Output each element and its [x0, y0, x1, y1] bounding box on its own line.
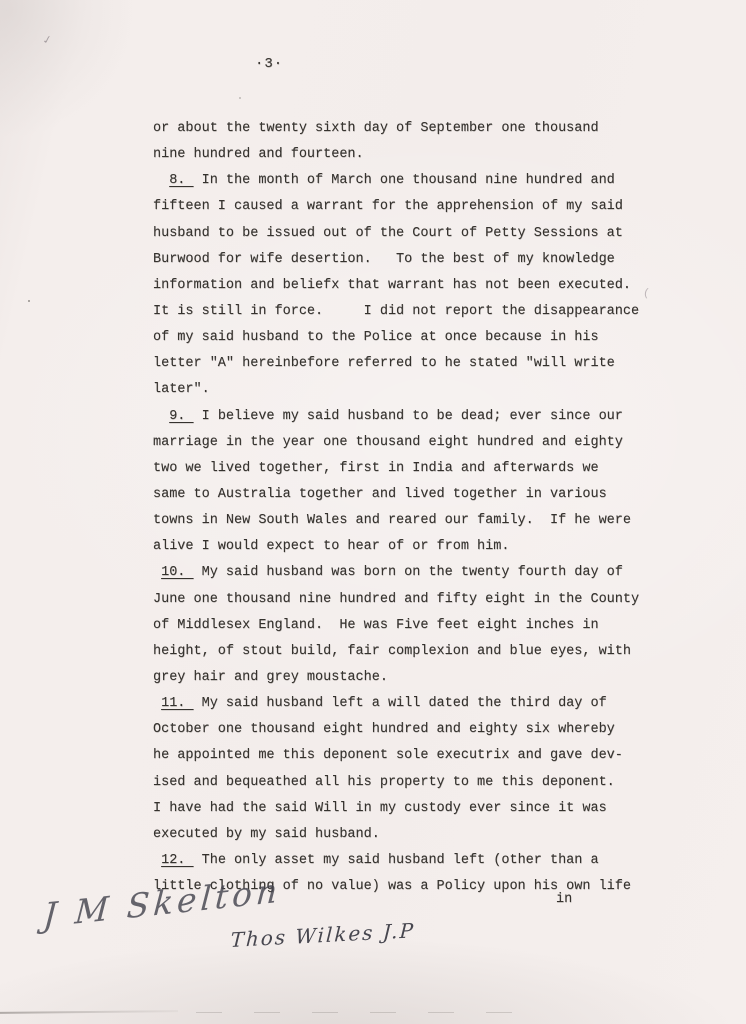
typed-line: June one thousand nine hundred and fifty…: [153, 587, 693, 613]
pencil-check-mark: ✓: [41, 32, 54, 48]
paragraph: 10. My said husband was born on the twen…: [153, 560, 693, 691]
paragraph-number: 8.: [169, 173, 193, 188]
typed-line: October one thousand eight hundred and e…: [153, 717, 693, 743]
ink-speck: [239, 97, 241, 99]
typed-line: grey hair and grey moustache.: [153, 665, 693, 691]
paragraph: or about the twenty sixth day of Septemb…: [153, 116, 693, 168]
page-number: ·3·: [255, 56, 283, 72]
paragraph: 8. In the month of March one thousand ni…: [153, 168, 693, 403]
paragraph-number: 10.: [161, 565, 193, 580]
ink-speck: [28, 300, 30, 302]
typed-line: marriage in the year one thousand eight …: [153, 430, 693, 456]
typed-line: or about the twenty sixth day of Septemb…: [153, 116, 693, 142]
typed-line: height, of stout build, fair complexion …: [153, 639, 693, 665]
typed-line: he appointed me this deponent sole execu…: [153, 743, 693, 769]
typed-line: letter "A" hereinbefore referred to he s…: [153, 351, 693, 377]
typed-line: 12. The only asset my said husband left …: [153, 848, 693, 874]
typed-line: information and beliefx that warrant has…: [153, 273, 693, 299]
typed-line: nine hundred and fourteen.: [153, 142, 693, 168]
typed-line: 9. I believe my said husband to be dead;…: [153, 404, 693, 430]
typed-line: 11. My said husband left a will dated th…: [153, 691, 693, 717]
typed-line: 8. In the month of March one thousand ni…: [153, 168, 693, 194]
typed-line: 10. My said husband was born on the twen…: [153, 560, 693, 586]
typed-line: of my said husband to the Police at once…: [153, 325, 693, 351]
pencil-line: [0, 1010, 178, 1014]
affidavit-body-text: or about the twenty sixth day of Septemb…: [153, 116, 693, 900]
typed-line: ised and bequeathed all his property to …: [153, 770, 693, 796]
typed-line: two we lived together, first in India an…: [153, 456, 693, 482]
typed-line: of Middlesex England. He was Five feet e…: [153, 613, 693, 639]
typed-line: towns in New South Wales and reared our …: [153, 508, 693, 534]
typed-line: executed by my said husband.: [153, 822, 693, 848]
paragraph-number: 11.: [161, 696, 193, 711]
witness-signature: Thos Wilkes J.P: [230, 918, 416, 952]
typed-line: alive I would expect to hear of or from …: [153, 534, 693, 560]
pencil-dashes: [196, 1012, 516, 1013]
paragraph-number: 9.: [169, 409, 193, 424]
paragraph: 11. My said husband left a will dated th…: [153, 691, 693, 848]
typed-line: I have had the said Will in my custody e…: [153, 796, 693, 822]
typed-line: fifteen I caused a warrant for the appre…: [153, 194, 693, 220]
affidavit-page-scan: ·3· or about the twenty sixth day of Sep…: [0, 0, 746, 1024]
typed-line: same to Australia together and lived tog…: [153, 482, 693, 508]
paragraph-number: 12.: [161, 853, 193, 868]
typed-line: later".: [153, 377, 693, 403]
typed-line: It is still in force. I did not report t…: [153, 299, 693, 325]
typed-line: Burwood for wife desertion. To the best …: [153, 247, 693, 273]
paragraph: 9. I believe my said husband to be dead;…: [153, 404, 693, 561]
catchword: in: [556, 892, 572, 907]
typed-line: husband to be issued out of the Court of…: [153, 221, 693, 247]
